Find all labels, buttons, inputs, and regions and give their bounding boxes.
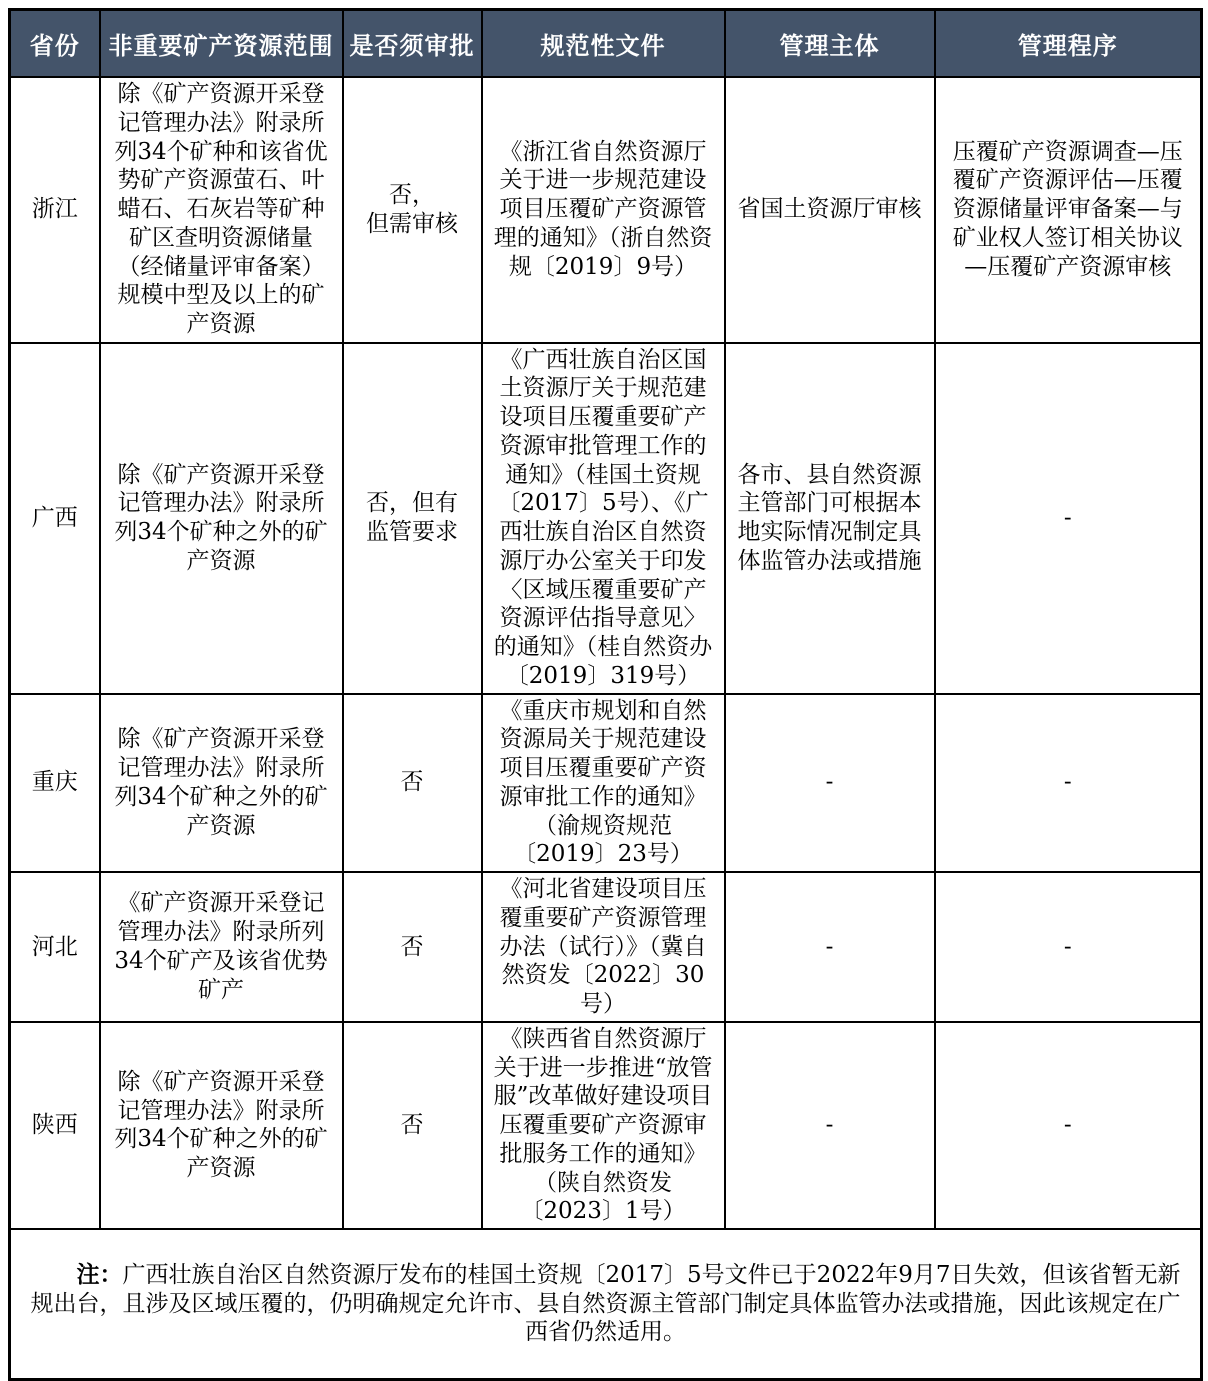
table-row-guangxi: 广西 除《矿产资源开采登记管理办法》附录所列34个矿种之外的矿产资源 否，但有 … <box>10 343 1202 694</box>
cell-documents: 《浙江省自然资源厅关于进一步规范建设项目压覆矿产资源管理的通知》（浙自然资规〔2… <box>482 77 725 343</box>
header-scope: 非重要矿产资源范围 <box>100 10 343 77</box>
cell-approval: 否 <box>343 1022 482 1229</box>
cell-province: 重庆 <box>10 694 100 873</box>
cell-authority: 省国土资源厅审核 <box>725 77 935 343</box>
cell-scope: 除《矿产资源开采登记管理办法》附录所列34个矿种之外的矿产资源 <box>100 694 343 873</box>
header-province: 省份 <box>10 10 100 77</box>
header-documents: 规范性文件 <box>482 10 725 77</box>
header-row: 省份 非重要矿产资源范围 是否须审批 规范性文件 管理主体 管理程序 <box>10 10 1202 77</box>
table-row-shaanxi: 陕西 除《矿产资源开采登记管理办法》附录所列34个矿种之外的矿产资源 否 《陕西… <box>10 1022 1202 1229</box>
cell-documents: 《重庆市规划和自然资源局关于规范建设项目压覆重要矿产资源审批工作的通知》（渝规资… <box>482 694 725 873</box>
table-row-chongqing: 重庆 除《矿产资源开采登记管理办法》附录所列34个矿种之外的矿产资源 否 《重庆… <box>10 694 1202 873</box>
cell-authority: 各市、县自然资源主管部门可根据本地实际情况制定具体监管办法或措施 <box>725 343 935 694</box>
cell-procedure: - <box>935 694 1202 873</box>
header-authority: 管理主体 <box>725 10 935 77</box>
cell-procedure: - <box>935 343 1202 694</box>
cell-province: 广西 <box>10 343 100 694</box>
note-body: 广西壮族自治区自然资源厅发布的桂国土资规〔2017〕5号文件已于2022年9月7… <box>31 1262 1181 1346</box>
note-row: 注：广西壮族自治区自然资源厅发布的桂国土资规〔2017〕5号文件已于2022年9… <box>10 1229 1202 1379</box>
cell-authority: - <box>725 1022 935 1229</box>
note-text: 注：广西壮族自治区自然资源厅发布的桂国土资规〔2017〕5号文件已于2022年9… <box>21 1261 1190 1347</box>
cell-approval: 否，但有 监管要求 <box>343 343 482 694</box>
cell-approval: 否， 但需审核 <box>343 77 482 343</box>
cell-documents: 《河北省建设项目压覆重要矿产资源管理办法（试行）》（冀自然资发〔2022〕30号… <box>482 872 725 1022</box>
cell-procedure: - <box>935 872 1202 1022</box>
cell-province: 陕西 <box>10 1022 100 1229</box>
table-row-hebei: 河北 《矿产资源开采登记管理办法》附录所列34个矿产及该省优势矿产 否 《河北省… <box>10 872 1202 1022</box>
table-row-zhejiang: 浙江 除《矿产资源开采登记管理办法》附录所列34个矿种和该省优势矿产资源萤石、叶… <box>10 77 1202 343</box>
cell-procedure: 压覆矿产资源调查—压覆矿产资源评估—压覆资源储量评审备案—与矿业权人签订相关协议… <box>935 77 1202 343</box>
document-page: 省份 非重要矿产资源范围 是否须审批 规范性文件 管理主体 管理程序 浙江 除《… <box>0 0 1208 1212</box>
note-cell: 注：广西壮族自治区自然资源厅发布的桂国土资规〔2017〕5号文件已于2022年9… <box>10 1229 1202 1379</box>
cell-approval: 否 <box>343 694 482 873</box>
cell-authority: - <box>725 872 935 1022</box>
header-approval: 是否须审批 <box>343 10 482 77</box>
cell-province: 河北 <box>10 872 100 1022</box>
cell-scope: 除《矿产资源开采登记管理办法》附录所列34个矿种之外的矿产资源 <box>100 343 343 694</box>
cell-documents: 《广西壮族自治区国土资源厅关于规范建设项目压覆重要矿产资源审批管理工作的通知》（… <box>482 343 725 694</box>
cell-scope: 《矿产资源开采登记管理办法》附录所列34个矿产及该省优势矿产 <box>100 872 343 1022</box>
cell-procedure: - <box>935 1022 1202 1229</box>
cell-documents: 《陕西省自然资源厅关于进一步推进“放管服”改革做好建设项目压覆重要矿产资源审批服… <box>482 1022 725 1229</box>
cell-approval: 否 <box>343 872 482 1022</box>
cell-province: 浙江 <box>10 77 100 343</box>
mineral-resources-regulation-table: 省份 非重要矿产资源范围 是否须审批 规范性文件 管理主体 管理程序 浙江 除《… <box>8 8 1203 1381</box>
note-label: 注： <box>77 1261 123 1288</box>
cell-authority: - <box>725 694 935 873</box>
cell-scope: 除《矿产资源开采登记管理办法》附录所列34个矿种和该省优势矿产资源萤石、叶蜡石、… <box>100 77 343 343</box>
cell-scope: 除《矿产资源开采登记管理办法》附录所列34个矿种之外的矿产资源 <box>100 1022 343 1229</box>
header-procedure: 管理程序 <box>935 10 1202 77</box>
